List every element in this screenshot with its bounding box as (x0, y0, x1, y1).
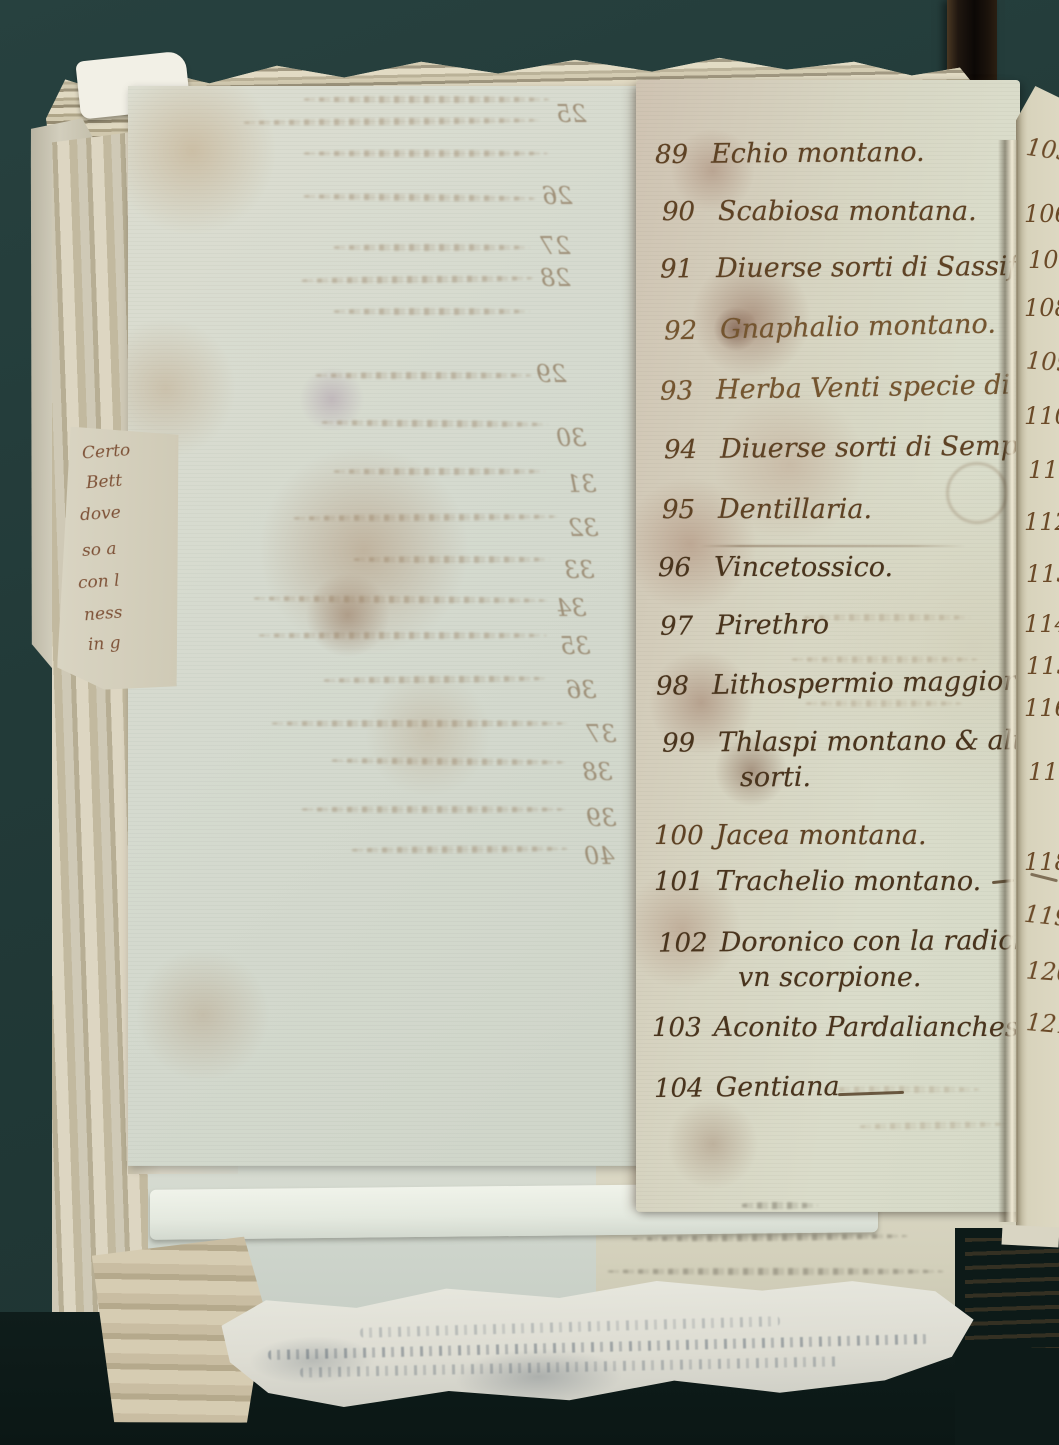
entry-text: Trachelio montano. (716, 866, 982, 897)
bleedthrough-number: 40 (584, 842, 615, 870)
paper-shreds (965, 1238, 1059, 1348)
edge-page-number: 112 (1024, 508, 1059, 536)
bleedthrough-line (300, 150, 548, 157)
bleedthrough-number: 33 (564, 556, 595, 584)
entry-number: 95 (662, 495, 706, 525)
entry-number: 92 (664, 316, 709, 347)
bleedthrough-number: 32 (568, 514, 599, 542)
entry-text: Vincetossico. (714, 552, 893, 583)
entry-text: Lithospermio maggiore. (712, 665, 1041, 701)
bleedthrough-line (298, 806, 566, 813)
list-entry: 95Dentillaria. (662, 494, 872, 525)
bleedthrough-number: 37 (586, 720, 617, 748)
bleedthrough-number: 31 (566, 470, 597, 498)
page-gutter-fold (998, 140, 1018, 1222)
edge-page-number: 106 (1024, 200, 1059, 228)
slip-text-line: dove (79, 503, 121, 526)
list-entry-line2: sorti. (740, 762, 811, 793)
ghost-writing-line (788, 656, 978, 663)
bleedthrough-latin-line (738, 1202, 818, 1209)
bleedthrough-number: 39 (586, 804, 617, 832)
entry-number: 101 (654, 867, 704, 897)
edge-page-number: 108 (1024, 294, 1059, 322)
list-entry: 96Vincetossico. (658, 552, 893, 583)
bleedthrough-number: 36 (566, 676, 597, 704)
bleedthrough-number: 26 (542, 182, 573, 210)
bleedthrough-line (330, 244, 530, 251)
bleedthrough-number: 25 (556, 100, 587, 128)
slip-text-line: so a (81, 539, 117, 561)
bleedthrough-line (255, 632, 547, 639)
bleedthrough-number: 35 (560, 632, 591, 660)
manuscript-photo: 25 26 27 28 29 30 31 32 33 34 35 36 37 3… (0, 0, 1059, 1445)
edge-page-number: 116 (1024, 694, 1059, 722)
bleedthrough-number: 28 (540, 264, 571, 292)
bleedthrough-line (300, 96, 550, 103)
edge-page-number: 113 (1026, 560, 1059, 588)
crease-line (700, 545, 966, 547)
entry-number: 104 (654, 1073, 704, 1104)
entry-text: Gnaphalio montano. (720, 309, 996, 346)
edge-page-number: 117 (1028, 758, 1059, 786)
list-entry: 98Lithospermio maggiore. (656, 665, 1041, 701)
entry-text: Scabiosa montana. (718, 196, 977, 227)
bleedthrough-line (330, 468, 545, 475)
bleedthrough-number: 34 (556, 594, 587, 622)
bleedthrough-line (268, 720, 568, 727)
entry-number: 94 (664, 435, 708, 465)
entry-number: 93 (660, 376, 705, 407)
list-entry-line2: vn scorpione. (738, 962, 922, 993)
slip-text-line: con l (77, 571, 120, 594)
entry-text: Gentiana (715, 1071, 839, 1103)
list-entry: 90Scabiosa montana. (662, 196, 977, 227)
edge-page-number: 109 (1025, 346, 1059, 377)
edge-page-number: 119 (1023, 900, 1059, 933)
bleedthrough-line (312, 372, 532, 379)
entry-text: Dentillaria. (718, 494, 872, 525)
entry-text: Aconito Pardalianches. (714, 1012, 1028, 1043)
edge-page-number: 111 (1028, 456, 1059, 484)
bleedthrough-line (350, 556, 550, 563)
bleedthrough-number: 30 (556, 424, 587, 452)
entry-text: Echio montano. (711, 137, 925, 170)
bleedthrough-latin-line (604, 1268, 944, 1275)
entry-text: Jacea montana. (716, 820, 927, 851)
entry-number: 102 (658, 928, 708, 958)
list-entry: 103Aconito Pardalianches. (652, 1012, 1027, 1043)
list-entry: 89Echio montano. (655, 137, 925, 170)
edge-page-number: 121 (1025, 1008, 1059, 1040)
bleedthrough-number: 38 (582, 758, 613, 786)
entry-number: 89 (655, 140, 699, 170)
edge-page-number: 115 (1026, 652, 1059, 680)
bleedthrough-line (330, 308, 530, 315)
edge-page-number: 114 (1024, 610, 1059, 638)
entry-number: 90 (662, 197, 706, 227)
entry-number: 103 (652, 1013, 702, 1043)
entry-number: 98 (656, 671, 700, 702)
bleedthrough-number: 27 (540, 232, 571, 260)
entry-number: 100 (654, 821, 704, 851)
slip-text-line: in g (87, 633, 121, 655)
edge-page-number: 110 (1024, 402, 1059, 430)
list-entry: 101Trachelio montano. (654, 866, 981, 897)
edge-page-number: 107 (1028, 246, 1059, 274)
entry-number: 96 (658, 553, 702, 583)
entry-text: Pirethro (716, 609, 829, 641)
bleedthrough-number: 29 (536, 360, 567, 388)
edge-page-number: 120 (1025, 956, 1059, 987)
small-paper-shred (1002, 1225, 1059, 1248)
list-entry: 97Pirethro (660, 609, 829, 641)
list-entry: 100Jacea montana. (654, 820, 927, 851)
list-entry: 104Gentiana (654, 1071, 840, 1104)
entry-number: 99 (662, 728, 706, 758)
entry-number: 91 (660, 254, 704, 284)
ghost-writing-line (802, 700, 962, 707)
slip-text-line: Certo (81, 440, 131, 463)
slip-text-line: ness (83, 603, 123, 626)
entry-number: 97 (660, 611, 704, 641)
edge-page-number: 118 (1024, 848, 1059, 876)
slip-text-line: Bett (85, 471, 123, 493)
